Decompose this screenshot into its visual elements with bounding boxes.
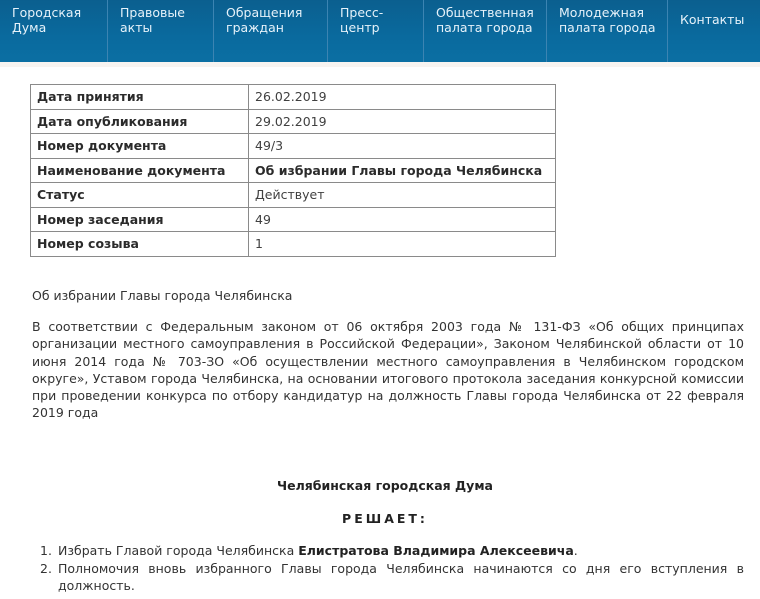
decides-heading: РЕШАЕТ: — [0, 511, 760, 526]
item-number: 1. — [40, 542, 52, 559]
item-tail: . — [574, 543, 578, 558]
meta-key: Статус — [31, 183, 249, 208]
table-row: Номер документа49/3 — [31, 134, 556, 159]
item-number: 2. — [40, 560, 52, 577]
nav-item-press-center[interactable]: Пресс- центр — [328, 0, 424, 62]
item-bold-name: Елистратова Владимира Алексеевича — [298, 543, 574, 558]
nav-item-public-chamber[interactable]: Общественная палата города — [424, 0, 547, 62]
meta-key: Наименование документа — [31, 158, 249, 183]
meta-value: 29.02.2019 — [249, 109, 556, 134]
nav-divider — [0, 62, 760, 67]
nav-item-label: Общественная палата города — [436, 5, 546, 35]
meta-value: 49/3 — [249, 134, 556, 159]
meta-value: 1 — [249, 232, 556, 257]
document-meta-table: Дата принятия26.02.2019 Дата опубликован… — [30, 84, 556, 257]
nav-item-label: Пресс- центр — [340, 5, 423, 35]
meta-key: Номер документа — [31, 134, 249, 159]
nav-item-legal-acts[interactable]: Правовые акты — [108, 0, 214, 62]
nav-item-citizen-appeals[interactable]: Обращения граждан — [214, 0, 328, 62]
meta-key: Дата опубликования — [31, 109, 249, 134]
nav-item-label: Правовые акты — [120, 5, 213, 35]
nav-item-label: Молодежная палата города — [559, 5, 667, 35]
meta-key: Номер заседания — [31, 207, 249, 232]
meta-key: Номер созыва — [31, 232, 249, 257]
meta-key: Дата принятия — [31, 85, 249, 110]
list-item: 1.Избрать Главой города Челябинска Елист… — [40, 542, 744, 559]
document-preamble: В соответствии с Федеральным законом от … — [32, 318, 744, 422]
decisions-list: 1.Избрать Главой города Челябинска Елист… — [40, 542, 744, 595]
item-text: Полномочия вновь избранного Главы города… — [58, 561, 744, 593]
list-item: 2.Полномочия вновь избранного Главы горо… — [40, 560, 744, 594]
table-row: Дата опубликования29.02.2019 — [31, 109, 556, 134]
nav-item-label: Обращения граждан — [226, 5, 327, 35]
table-row: Дата принятия26.02.2019 — [31, 85, 556, 110]
nav-item-contacts[interactable]: Контакты — [668, 0, 760, 62]
status-value: Действует — [249, 183, 556, 208]
table-row: СтатусДействует — [31, 183, 556, 208]
top-navigation: Городская Дума Правовые акты Обращения г… — [0, 0, 760, 62]
nav-item-city-duma[interactable]: Городская Дума — [0, 0, 108, 62]
item-text: Избрать Главой города Челябинска — [58, 543, 298, 558]
meta-value: Об избрании Главы города Челябинска — [249, 158, 556, 183]
meta-value: 26.02.2019 — [249, 85, 556, 110]
table-row: Номер созыва1 — [31, 232, 556, 257]
table-row: Номер заседания49 — [31, 207, 556, 232]
nav-item-youth-chamber[interactable]: Молодежная палата города — [547, 0, 668, 62]
meta-value: 49 — [249, 207, 556, 232]
table-row: Наименование документаОб избрании Главы … — [31, 158, 556, 183]
nav-item-label: Контакты — [680, 5, 760, 27]
nav-item-label: Городская Дума — [12, 5, 107, 35]
organization-heading: Челябинская городская Дума — [0, 478, 760, 493]
document-title: Об избрании Главы города Челябинска — [32, 288, 292, 303]
